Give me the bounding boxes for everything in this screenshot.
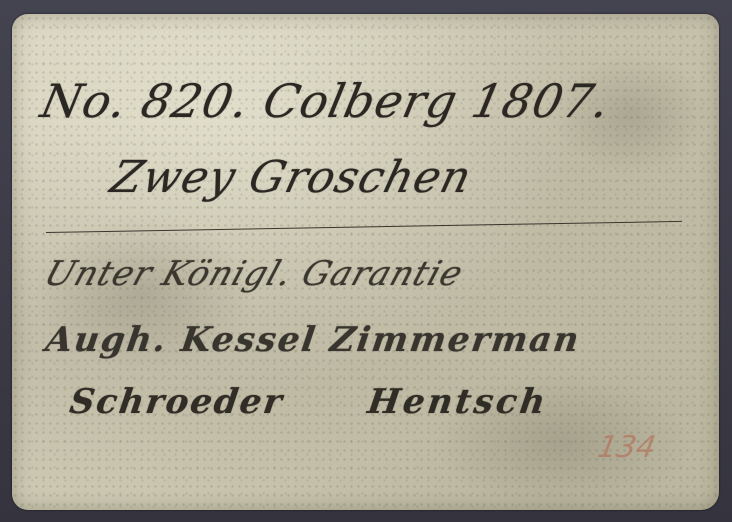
denomination: Zwey Groschen bbox=[106, 152, 477, 203]
signature-schroeder: Schroeder bbox=[67, 382, 286, 422]
note-number-place-year: No. 820. Colberg 1807. bbox=[36, 74, 615, 128]
guarantee-text: Unter Königl. Garantie bbox=[40, 254, 469, 294]
divider-line bbox=[46, 221, 682, 233]
signature-hentsch: Hentsch bbox=[365, 382, 550, 422]
signatures-row-1: Augh. Kessel Zimmerman bbox=[43, 320, 583, 360]
banknote: No. 820. Colberg 1807. Zwey Groschen Unt… bbox=[12, 14, 719, 510]
red-annotation: 134 bbox=[595, 430, 658, 465]
